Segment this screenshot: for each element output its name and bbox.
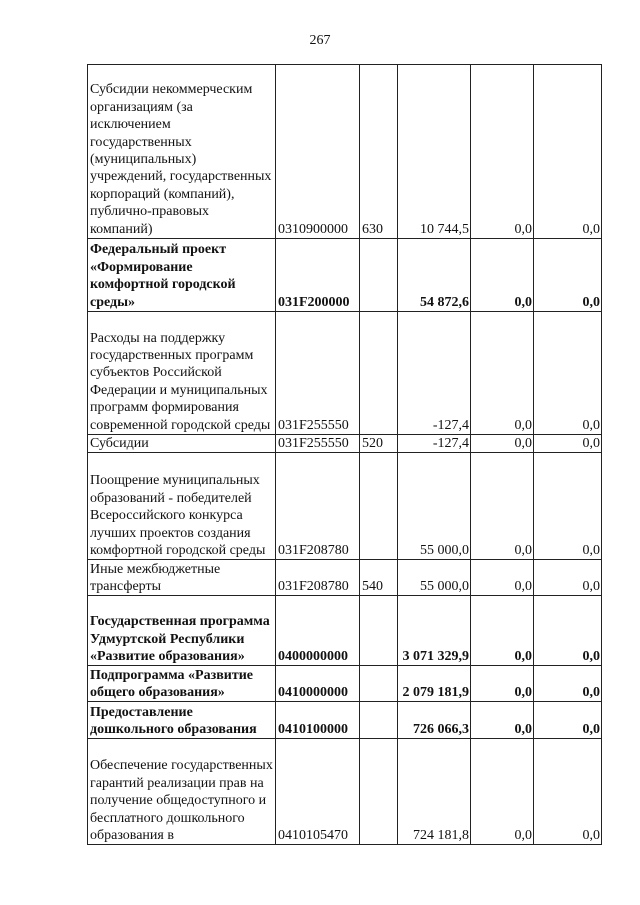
row-sum-1: 55 000,0 [398,453,471,560]
row-sum-2: 0,0 [471,666,534,702]
row-sum-3: 0,0 [534,239,602,312]
row-sum-3: 0,0 [534,739,602,845]
row-name: Расходы на поддержку государственных про… [88,312,276,435]
row-target-code: 0410100000 [276,702,360,739]
table-row: Поощрение муниципальных образований - по… [88,453,602,560]
row-name: Субсидии некоммерческим организациям (за… [88,65,276,239]
row-expense-type: 540 [360,560,398,596]
row-expense-type [360,666,398,702]
table-row: Субсидии 031F255550 520 -127,4 0,0 0,0 [88,435,602,453]
table-row: Иные межбюджетные трансферты 031F208780 … [88,560,602,596]
row-target-code: 031F255550 [276,435,360,453]
row-sum-2: 0,0 [471,435,534,453]
row-expense-type [360,312,398,435]
row-name: Федеральный проект «Формирование комфорт… [88,239,276,312]
row-name: Подпрограмма «Развитие общего образовани… [88,666,276,702]
table-row: Государственная программа Удмуртской Рес… [88,596,602,666]
row-expense-type [360,453,398,560]
row-name: Обеспечение государственных гарантий реа… [88,739,276,845]
row-sum-1: -127,4 [398,312,471,435]
row-sum-2: 0,0 [471,596,534,666]
row-sum-2: 0,0 [471,312,534,435]
row-sum-3: 0,0 [534,666,602,702]
row-sum-1: 2 079 181,9 [398,666,471,702]
row-target-code: 0410000000 [276,666,360,702]
row-sum-1: 55 000,0 [398,560,471,596]
row-sum-3: 0,0 [534,702,602,739]
row-target-code: 031F255550 [276,312,360,435]
row-name: Государственная программа Удмуртской Рес… [88,596,276,666]
row-sum-3: 0,0 [534,596,602,666]
row-target-code: 031F208780 [276,560,360,596]
row-name: Иные межбюджетные трансферты [88,560,276,596]
row-sum-3: 0,0 [534,453,602,560]
row-sum-3: 0,0 [534,435,602,453]
row-name: Субсидии [88,435,276,453]
row-expense-type [360,739,398,845]
table-row: Расходы на поддержку государственных про… [88,312,602,435]
row-target-code: 031F208780 [276,453,360,560]
table-row: Федеральный проект «Формирование комфорт… [88,239,602,312]
row-expense-type: 520 [360,435,398,453]
row-sum-1: -127,4 [398,435,471,453]
page-number: 267 [0,33,640,49]
row-sum-2: 0,0 [471,65,534,239]
row-sum-2: 0,0 [471,560,534,596]
row-target-code: 0410105470 [276,739,360,845]
row-name: Поощрение муниципальных образований - по… [88,453,276,560]
row-sum-3: 0,0 [534,560,602,596]
row-name: Предоставление дошкольного образования [88,702,276,739]
row-expense-type: 630 [360,65,398,239]
row-target-code: 0310900000 [276,65,360,239]
row-target-code: 031F200000 [276,239,360,312]
table-row: Подпрограмма «Развитие общего образовани… [88,666,602,702]
row-target-code: 0400000000 [276,596,360,666]
table-row: Субсидии некоммерческим организациям (за… [88,65,602,239]
row-sum-2: 0,0 [471,702,534,739]
row-sum-3: 0,0 [534,312,602,435]
row-expense-type [360,596,398,666]
table-row: Предоставление дошкольного образования 0… [88,702,602,739]
row-expense-type [360,239,398,312]
row-sum-2: 0,0 [471,239,534,312]
row-sum-1: 10 744,5 [398,65,471,239]
budget-table: Субсидии некоммерческим организациям (за… [87,64,602,845]
table-row: Обеспечение государственных гарантий реа… [88,739,602,845]
row-sum-1: 726 066,3 [398,702,471,739]
row-sum-1: 54 872,6 [398,239,471,312]
row-sum-2: 0,0 [471,739,534,845]
row-sum-3: 0,0 [534,65,602,239]
row-expense-type [360,702,398,739]
row-sum-2: 0,0 [471,453,534,560]
row-sum-1: 724 181,8 [398,739,471,845]
row-sum-1: 3 071 329,9 [398,596,471,666]
